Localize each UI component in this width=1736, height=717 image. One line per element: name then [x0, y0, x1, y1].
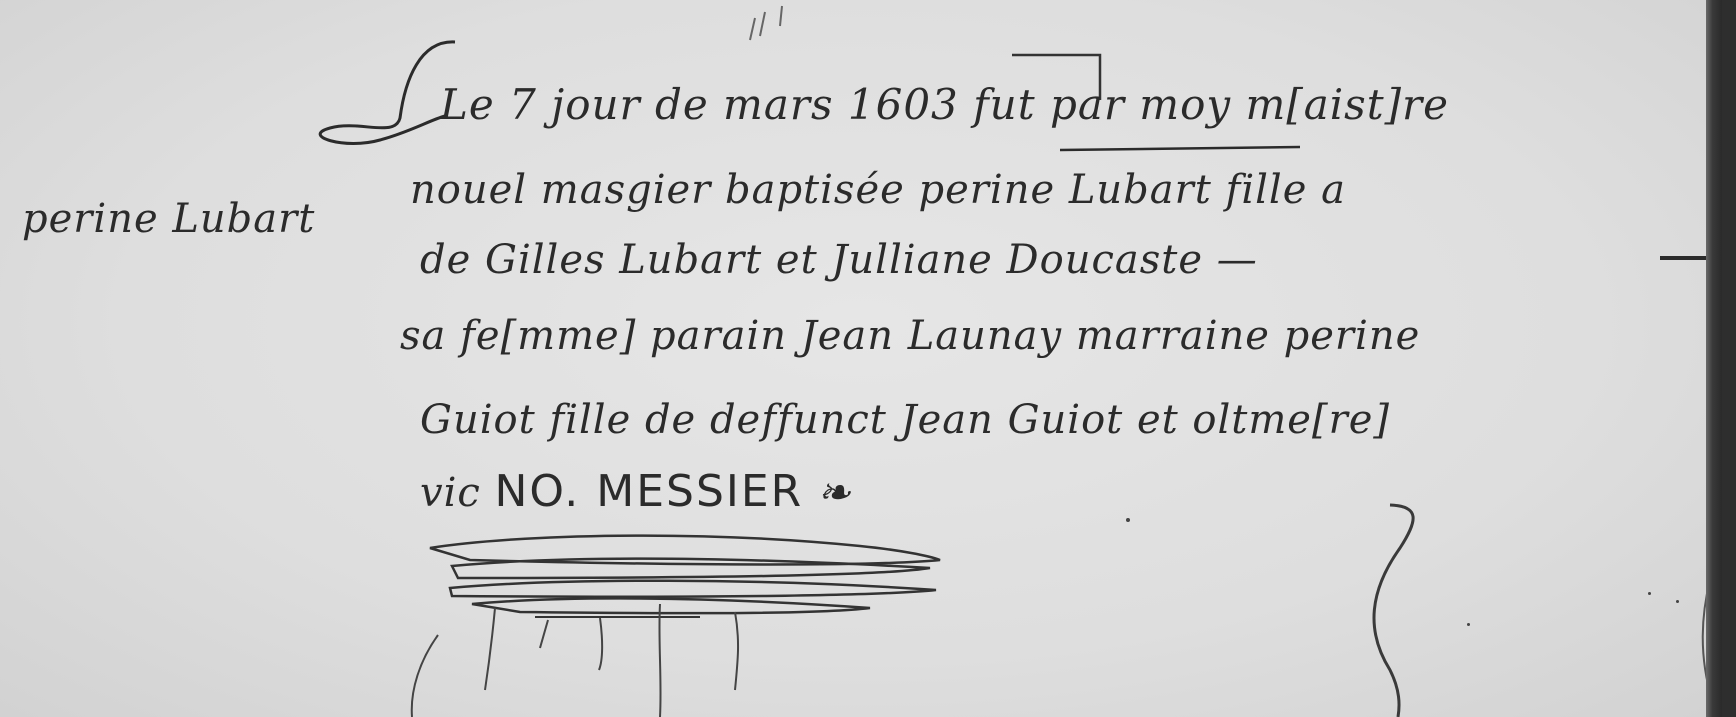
entry-line-1: Le 7 jour de mars 1603 fut par moy m[ais… — [440, 84, 1449, 126]
page-binding-edge — [1706, 0, 1722, 717]
manuscript-page: perine Lubart Le 7 jour de mars 1603 fut… — [0, 0, 1722, 717]
line-6-prefix: vic — [420, 470, 495, 516]
entry-line-3: de Gilles Lubart et Julliane Doucaste — — [420, 240, 1258, 280]
ink-speck — [1467, 623, 1470, 626]
entry-line-6: vic NO. MESSIER ❧ — [420, 470, 851, 514]
entry-line-5: Guiot fille de deffunct Jean Guiot et ol… — [420, 400, 1390, 440]
priest-signature: NO. MESSIER — [495, 466, 804, 517]
margin-note-name: perine Lubart — [22, 196, 315, 242]
ink-speck — [1676, 600, 1679, 603]
ink-dot — [1126, 518, 1130, 522]
ink-speck — [1648, 592, 1651, 595]
entry-line-2: nouel masgier baptisée perine Lubart fil… — [410, 170, 1346, 210]
entry-line-4: sa fe[mme] parain Jean Launay marraine p… — [400, 316, 1420, 356]
signature-paraph-mark: ❧ — [817, 470, 852, 516]
